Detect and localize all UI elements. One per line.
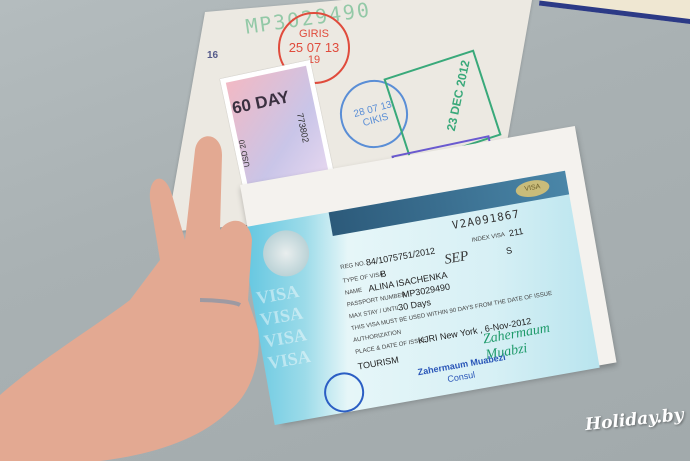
photo-scene: 16 MP3029490 GIRIS 25 07 13 19 28 07 13 … [0, 0, 690, 461]
handwritten-note: SEP [443, 249, 470, 269]
visa-type: B [379, 268, 387, 279]
hand [0, 0, 300, 461]
visa-purpose: TOURISM [357, 355, 399, 372]
index-visa: 211 [508, 226, 524, 238]
reg-number: 84/1075751/2012 [365, 246, 436, 268]
watermark-logo: Holiday.by [584, 405, 684, 435]
garuda-emblem-stamp [321, 369, 367, 415]
consul-title: Consul [447, 369, 476, 384]
book-edge [539, 0, 690, 32]
entry-type: S [505, 245, 513, 256]
